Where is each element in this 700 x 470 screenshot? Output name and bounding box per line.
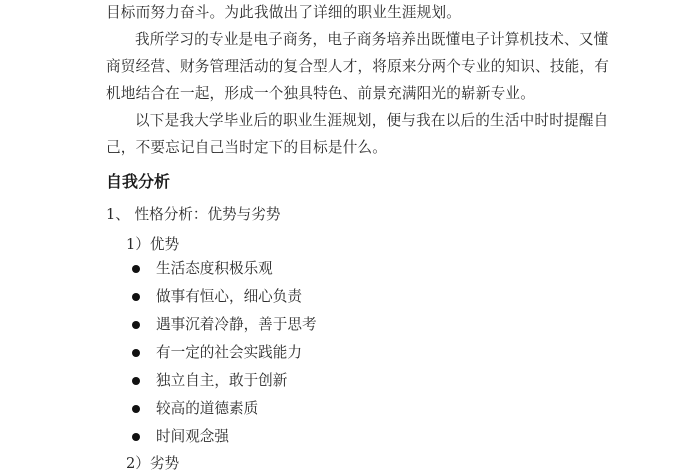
list-item: 较高的道德素质 [156,400,258,418]
paragraph-line: 目标而努力奋斗。为此我做出了详细的职业生涯规划。 [106,4,461,22]
strengths-label: 1）优势 [126,236,179,254]
bullet-icon [132,377,140,385]
paragraph-line: 我所学习的专业是电子商务，电子商务培养出既懂电子计算机技术、又懂 [135,31,608,49]
paragraph-line: 机地结合在一起，形成一个独具特色、前景充满阳光的崭新专业。 [106,85,535,103]
list-item: 有一定的社会实践能力 [156,344,302,362]
section-heading: 自我分析 [106,172,170,192]
paragraph-line: 商贸经营、财务管理活动的复合型人才，将原来分两个专业的知识、技能，有 [106,58,609,76]
list-item: 生活态度积极乐观 [156,260,273,278]
list-item: 遇事沉着冷静，善于思考 [156,316,317,334]
list-item: 独立自主，敢于创新 [156,372,287,390]
paragraph-line: 己，不要忘记自己当时定下的目标是什么。 [106,139,387,157]
bullet-icon [132,293,140,301]
paragraph-line: 以下是我大学毕业后的职业生涯规划，便与我在以后的生活中时时提醒自 [135,112,608,130]
document-page: 目标而努力奋斗。为此我做出了详细的职业生涯规划。 我所学习的专业是电子商务，电子… [0,0,700,470]
bullet-icon [132,405,140,413]
bullet-icon [132,265,140,273]
list-item: 时间观念强 [156,428,229,446]
weaknesses-label: 2）劣势 [126,455,179,470]
bullet-icon [132,321,140,329]
subsection-title: 1、 性格分析：优势与劣势 [106,206,280,224]
list-item: 做事有恒心，细心负责 [156,288,302,306]
bullet-icon [132,349,140,357]
bullet-icon [132,433,140,441]
